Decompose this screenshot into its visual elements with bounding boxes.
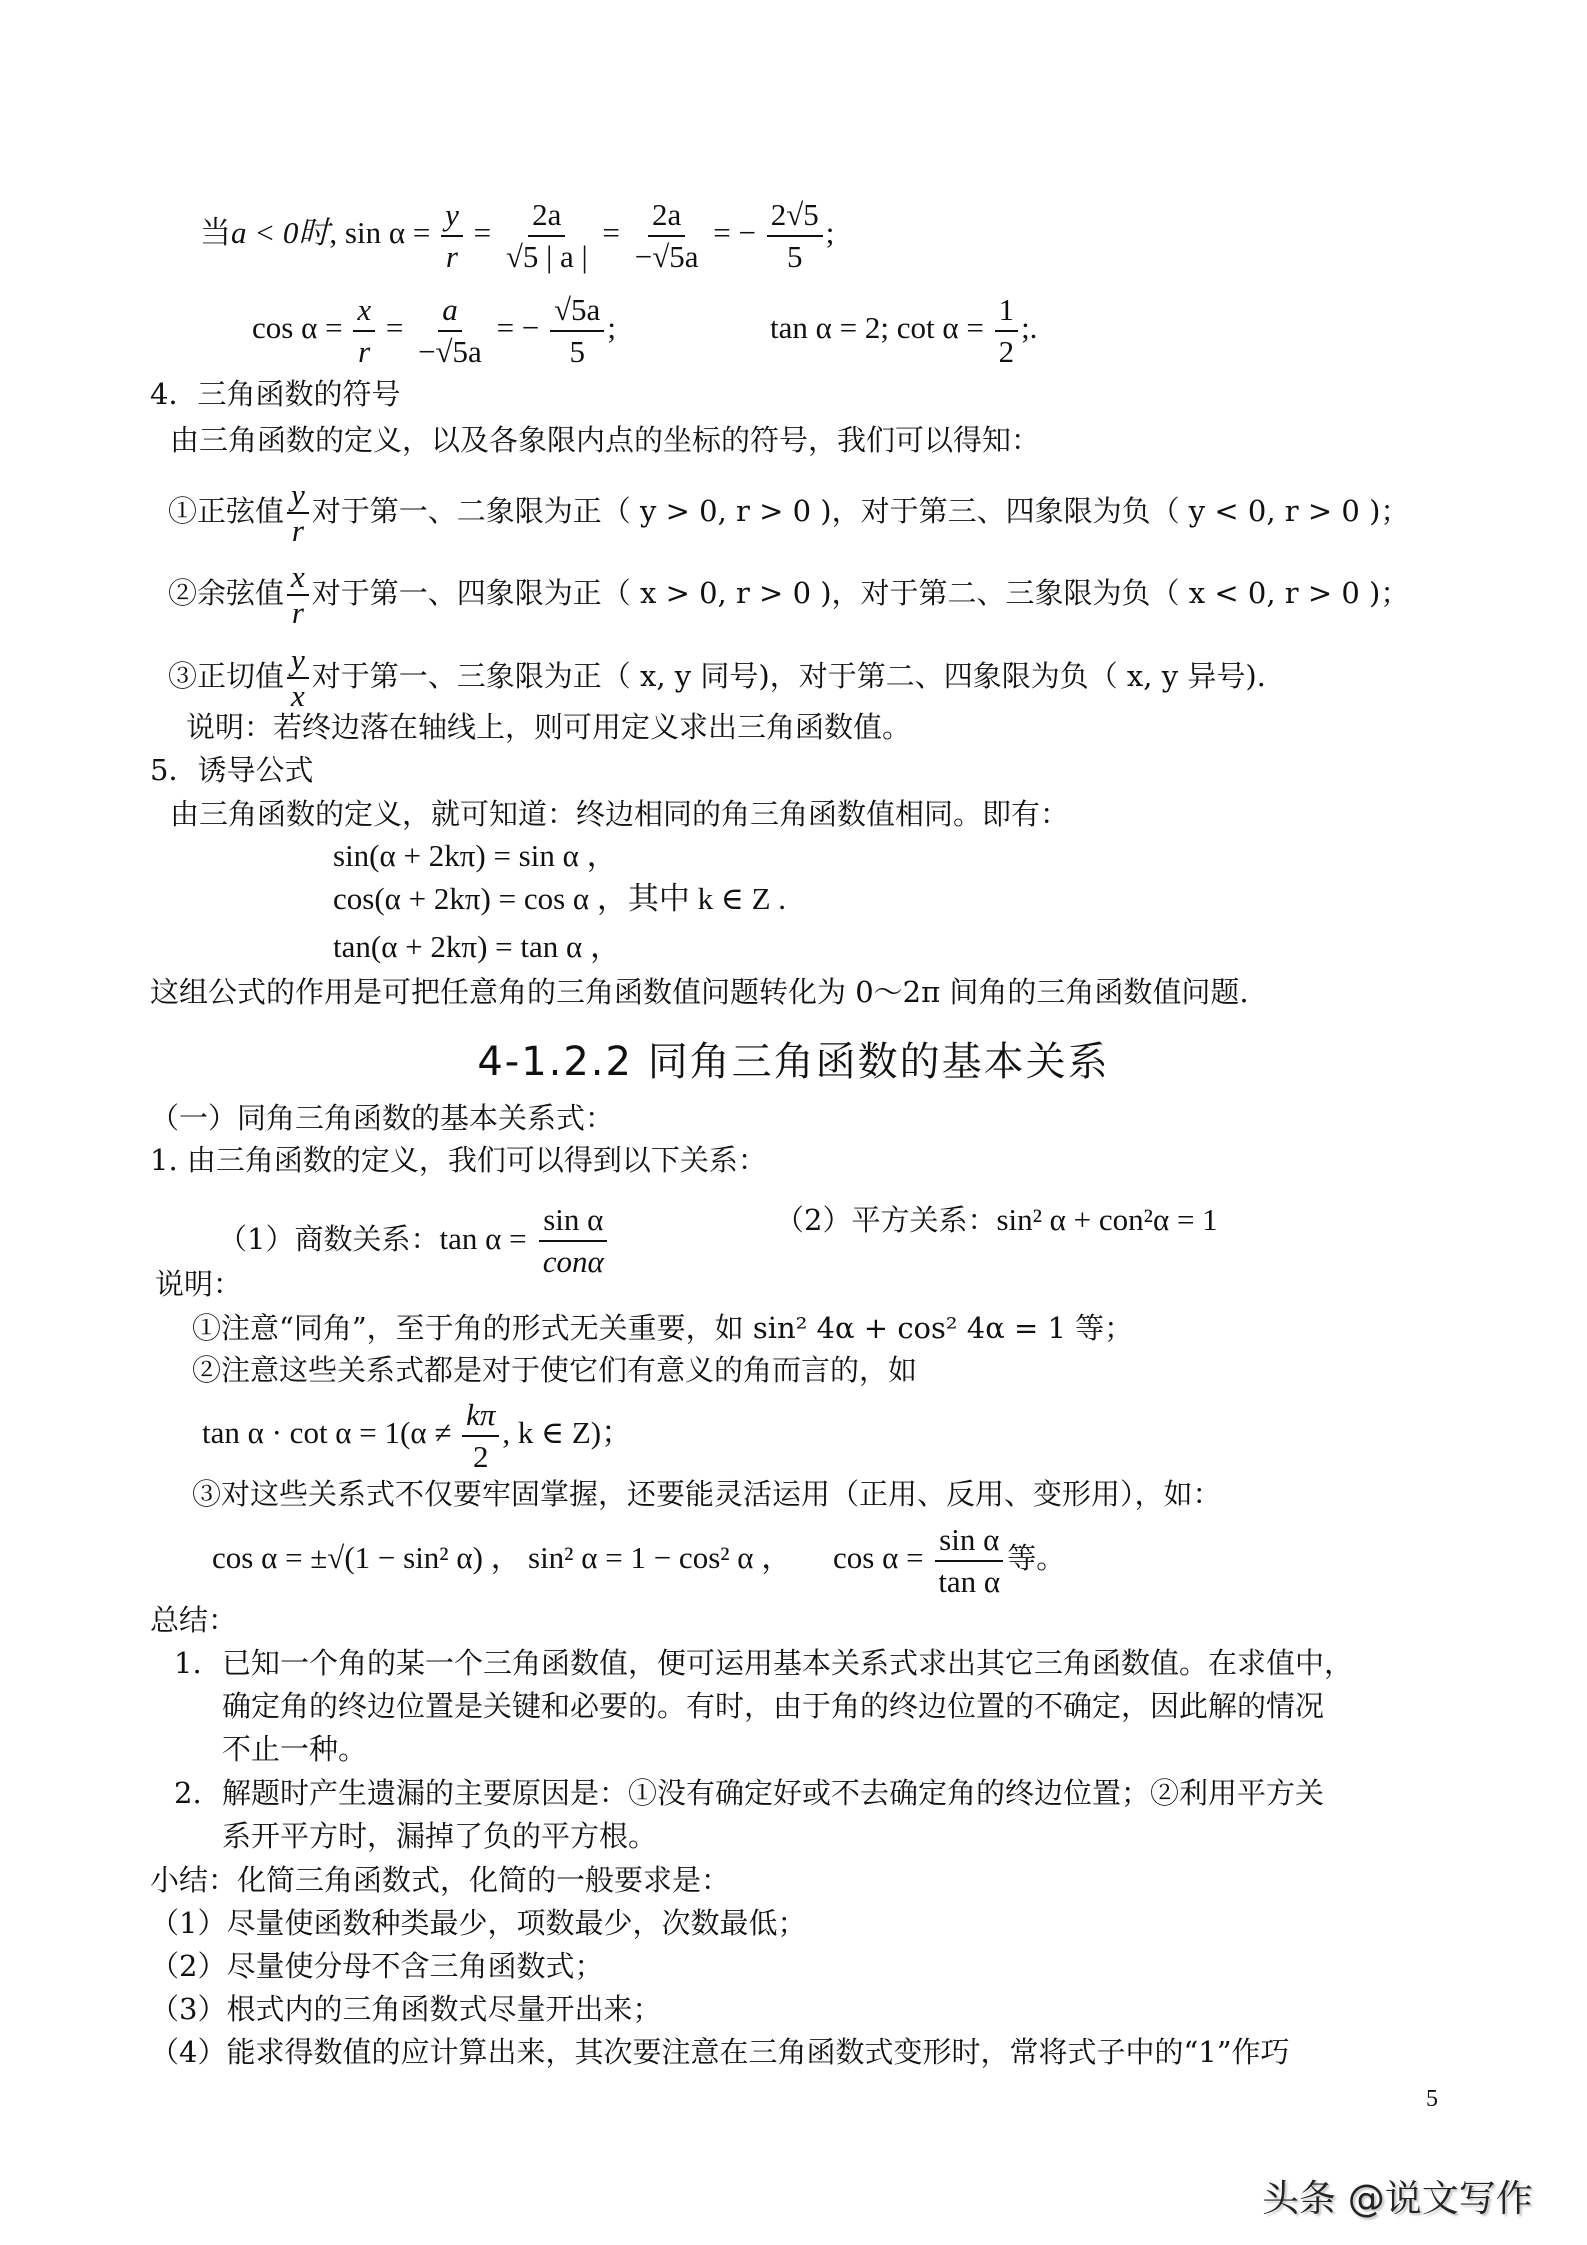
basic-item-1: 1. 由三角函数的定义，我们可以得到以下关系： xyxy=(150,1142,767,1178)
denominator: conα xyxy=(539,1242,608,1282)
basic-subtitle: （一）同角三角函数的基本关系式： xyxy=(150,1100,614,1136)
eq-part: tan α · cot α = 1(α ≠ xyxy=(202,1415,451,1450)
fraction: yr xyxy=(441,195,463,277)
summary-item-1-line: 不止一种。 xyxy=(222,1731,367,1767)
numerator: kπ xyxy=(462,1395,499,1437)
numerator: 2√5 xyxy=(767,195,823,237)
punct: ;. xyxy=(1021,310,1037,345)
note-2: ②注意这些关系式都是对于使它们有意义的角而言的，如 xyxy=(192,1352,917,1388)
denominator: r xyxy=(288,596,308,630)
denominator: tan α xyxy=(934,1562,1004,1602)
section-5-intro: 由三角函数的定义，就可知道：终边相同的角三角函数值相同。即有： xyxy=(170,796,1069,832)
xiaojie-item: （3）根式内的三角函数式尽量开出来； xyxy=(150,1991,661,2027)
denominator: −√5a xyxy=(414,332,486,372)
fraction: yx xyxy=(287,643,309,713)
summary-item-2-line: 系开平方时，漏掉了负的平方根。 xyxy=(222,1818,657,1854)
suffix: 等。 xyxy=(1007,1541,1065,1575)
note-title: 说明： xyxy=(155,1266,242,1302)
fraction: sin αconα xyxy=(539,1200,608,1282)
summary-item-1-num: 1. xyxy=(174,1645,202,1681)
denominator: 5 xyxy=(783,237,807,277)
denominator: √5 | a | xyxy=(502,237,592,277)
denominator: r xyxy=(354,332,374,372)
numerator: y xyxy=(287,478,309,514)
numerator: x xyxy=(287,560,309,596)
numerator: 2a xyxy=(648,195,685,237)
summary-item-1-line: 已知一个角的某一个三角函数值，便可运用基本关系式求出其它三角函数值。在求值中， xyxy=(222,1645,1353,1681)
numerator: y xyxy=(441,195,463,237)
denominator: −√5a xyxy=(631,237,703,277)
numerator: y xyxy=(287,643,309,679)
example-3: cos α = sin αtan α等。 xyxy=(833,1520,1065,1602)
equation: sin² α + con²α = 1 xyxy=(996,1202,1217,1237)
page-number: 5 xyxy=(1426,2086,1438,2113)
condition: a < 0时 xyxy=(231,215,329,250)
numerator: sin α xyxy=(539,1200,607,1242)
section-5-title: 5．诱导公式 xyxy=(150,752,313,788)
fraction: 2a−√5a xyxy=(631,195,703,277)
fraction: yr xyxy=(287,478,309,548)
tan-text: tan α = 2; cot α = xyxy=(770,310,984,345)
label: ①正弦值 xyxy=(168,494,284,528)
denominator: r xyxy=(288,514,308,548)
summary-item-2-num: 2. xyxy=(174,1775,202,1811)
quotient-relation: （1）商数关系：tan α = sin αconα xyxy=(218,1200,611,1282)
section-heading: 4-1.2.2 同角三角函数的基本关系 xyxy=(0,1030,1587,1087)
fraction: 2a√5 | a | xyxy=(502,195,592,277)
rule-text: 对于第一、三象限为正（ x, y 同号)，对于第二、四象限为负（ x, y 异号… xyxy=(312,659,1266,693)
square-relation: （2）平方关系：sin² α + con²α = 1 xyxy=(775,1202,1218,1238)
section-4-note: 说明：若终边落在轴线上，则可用定义求出三角函数值。 xyxy=(186,709,911,745)
summary-item-2-line: 解题时产生遗漏的主要原因是：①没有确定好或不去确定角的终边位置；②利用平方关 xyxy=(222,1775,1324,1811)
denominator: 2 xyxy=(469,1437,493,1477)
fraction: 2√55 xyxy=(767,195,823,277)
sign: = − xyxy=(713,215,756,250)
label: ③正切值 xyxy=(168,659,284,693)
sign-rule-sin: ①正弦值yr对于第一、二象限为正（ y > 0, r > 0 )，对于第三、四象… xyxy=(168,478,1409,548)
sin-lhs: , sin α = xyxy=(329,215,430,250)
note-1: ①注意“同角”，至于角的形式无关重要，如 sin² 4α + cos² 4α =… xyxy=(192,1310,1133,1346)
label: （1）商数关系： xyxy=(218,1222,439,1256)
numerator: sin α xyxy=(935,1520,1003,1562)
label: ②余弦值 xyxy=(168,576,284,610)
watermark: 头条 @说文写作 xyxy=(1262,2168,1533,2222)
numerator: 2a xyxy=(528,195,565,237)
summary-item-1-line: 确定角的终边位置是关键和必要的。有时，由于角的终边位置的不确定，因此解的情况 xyxy=(222,1688,1324,1724)
punct: ; xyxy=(607,310,616,345)
example-1: cos α = ±√(1 − sin² α) ， xyxy=(212,1540,522,1576)
denominator: 5 xyxy=(565,332,589,372)
punct: ; xyxy=(826,215,835,250)
formula-tan: tan(α + 2kπ) = tan α ， xyxy=(333,929,621,965)
fraction: a−√5a xyxy=(414,290,486,372)
sin-equation-line: 当a < 0时, sin α = yr = 2a√5 | a | = 2a−√5… xyxy=(200,195,834,277)
sign-rule-cos: ②余弦值xr对于第一、四象限为正（ x > 0, r > 0 )，对于第二、三象… xyxy=(168,560,1409,630)
formula-cos: cos(α + 2kπ) = cos α ，其中 k ∈ Z . xyxy=(333,881,786,917)
xiaojie-item: （2）尽量使分母不含三角函数式； xyxy=(150,1948,603,1984)
eq-part: , k ∈ Z)； xyxy=(502,1415,632,1450)
text: 当 xyxy=(200,215,231,250)
numerator: 1 xyxy=(995,290,1019,332)
numerator: √5a xyxy=(550,290,604,332)
xiaojie-item: （4）能求得数值的应计算出来，其次要注意在三角函数式变形时，常将式子中的“1”作… xyxy=(150,2034,1290,2070)
rule-text: 对于第一、四象限为正（ x > 0, r > 0 )，对于第二、三象限为负（ x… xyxy=(312,576,1410,610)
section-5-conclusion: 这组公式的作用是可把任意角的三角函数值问题转化为 0～2π 间角的三角函数值问题… xyxy=(150,974,1249,1010)
fraction: sin αtan α xyxy=(934,1520,1004,1602)
cos-equation-line: cos α = xr = a−√5a = − √5a5; xyxy=(252,290,616,372)
fraction: xr xyxy=(353,290,375,372)
xiaojie-item: （1）尽量使函数种类最少，项数最少，次数最低； xyxy=(150,1905,806,1941)
note-2-equation: tan α · cot α = 1(α ≠ kπ2, k ∈ Z)； xyxy=(202,1395,632,1477)
fraction: √5a5 xyxy=(550,290,604,372)
sign: = − xyxy=(497,310,540,345)
tan-cot-equation: tan α = 2; cot α = 12;. xyxy=(770,290,1037,372)
xiaojie-title: 小结：化简三角函数式，化简的一般要求是： xyxy=(150,1862,730,1898)
denominator: x xyxy=(287,679,309,713)
section-4-intro: 由三角函数的定义，以及各象限内点的坐标的符号，我们可以得知： xyxy=(170,422,1040,458)
example-2: sin² α = 1 − cos² α ， xyxy=(528,1540,792,1576)
lhs: cos α = xyxy=(833,1540,924,1575)
denominator: 2 xyxy=(995,332,1019,372)
summary-title: 总结： xyxy=(150,1602,237,1638)
fraction: kπ2 xyxy=(462,1395,499,1477)
formula-sin: sin(α + 2kπ) = sin α ， xyxy=(333,838,618,874)
denominator: r xyxy=(442,237,462,277)
numerator: a xyxy=(438,290,462,332)
section-4-title: 4．三角函数的符号 xyxy=(150,376,400,412)
numerator: x xyxy=(353,290,375,332)
note-3: ③对这些关系式不仅要牢固掌握，还要能灵活运用（正用、反用、变形用），如： xyxy=(192,1476,1222,1512)
cos-lhs: cos α = xyxy=(252,310,343,345)
fraction: xr xyxy=(287,560,309,630)
lhs: tan α = xyxy=(439,1221,526,1256)
label: （2）平方关系： xyxy=(775,1203,996,1237)
rule-text: 对于第一、二象限为正（ y > 0, r > 0 )，对于第三、四象限为负（ y… xyxy=(312,494,1410,528)
sign-rule-tan: ③正切值yx对于第一、三象限为正（ x, y 同号)，对于第二、四象限为负（ x… xyxy=(168,643,1266,713)
fraction: 12 xyxy=(995,290,1019,372)
